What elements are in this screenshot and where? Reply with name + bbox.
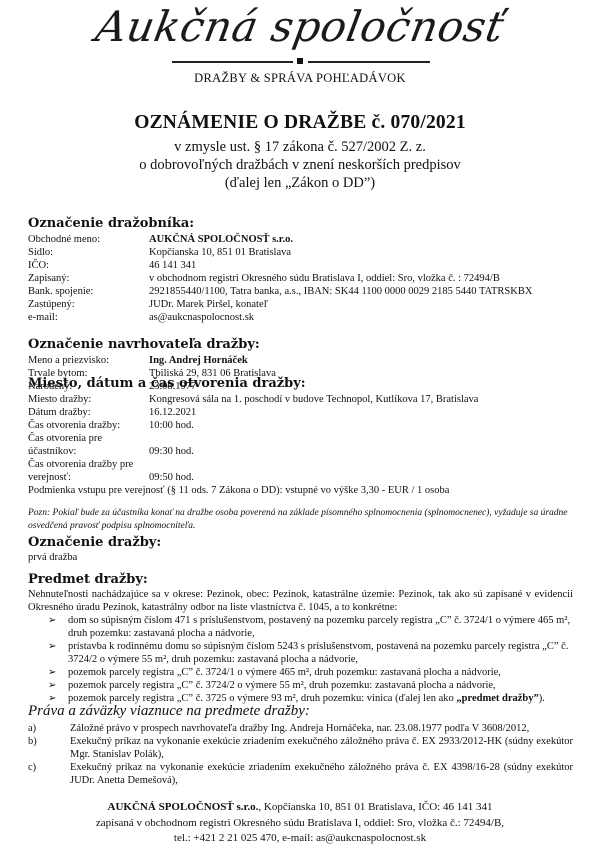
subtitle-line: v zmysle ust. § 17 zákona č. 527/2002 Z.…	[0, 138, 600, 156]
footer-line: zapísaná v obchodnom registri Okresného …	[0, 816, 600, 832]
item-marker: a)	[28, 722, 36, 735]
footer-contact: tel.: +421 2 21 025 470, e-mail: as@aukc…	[0, 831, 600, 847]
row-value: JUDr. Marek Piršel, konateľ	[149, 298, 268, 311]
info-row: IČO:46 141 341	[28, 259, 196, 272]
logo-divider-dot	[297, 58, 303, 64]
footer-line: AUKČNÁ SPOLOČNOSŤ s.r.o., Kopčianska 10,…	[0, 800, 600, 816]
row-value: Kongresová sála na 1. poschodí v budove …	[149, 393, 478, 406]
info-row: Zapisaný:v obchodnom registri Okresného …	[28, 272, 500, 285]
row-label: Čas otvorenia dražby pre	[28, 458, 149, 471]
subtitle-line: o dobrovoľných dražbách v znení neskorší…	[0, 156, 600, 174]
subject-list: ➢dom so súpisným číslom 471 s príslušens…	[28, 614, 573, 705]
row-label: Sídlo:	[28, 246, 149, 259]
row-value: 10:00 hod.	[149, 419, 194, 432]
info-row: verejnosť:09:50 hod.	[28, 471, 194, 484]
row-value: 16.12.2021	[149, 406, 196, 419]
info-row: Sídlo:Kopčianska 10, 851 01 Bratislava	[28, 246, 291, 259]
section-heading-predmet: Predmet dražby:	[28, 572, 148, 587]
item-marker: b)	[28, 735, 37, 748]
auction-type: prvá dražba	[28, 551, 77, 564]
row-label: Obchodné meno:	[28, 233, 149, 246]
info-row: Meno a priezvisko:Ing. Andrej Hornáček	[28, 354, 248, 367]
row-value: 09:50 hod.	[149, 471, 194, 484]
row-label: e-mail:	[28, 311, 149, 324]
document-title: OZNÁMENIE O DRAŽBE č. 070/2021	[0, 112, 600, 134]
row-label: Zapisaný:	[28, 272, 149, 285]
info-row: e-mail:as@aukcnaspolocnost.sk	[28, 311, 254, 324]
section-heading-oznacenie: Označenie dražby:	[28, 535, 161, 550]
info-row: Zastúpený:JUDr. Marek Piršel, konateľ	[28, 298, 268, 311]
encumbrance-item: a)Záložné právo v prospech navrhovateľa …	[28, 722, 573, 735]
row-value: 09:30 hod.	[149, 445, 194, 458]
info-row: Obchodné meno:AUKČNÁ SPOLOČNOSŤ s.r.o.	[28, 233, 293, 246]
email-link[interactable]: as@aukcnaspolocnost.sk	[149, 311, 254, 324]
row-label: Dátum dražby:	[28, 406, 149, 419]
logo-divider-left	[172, 61, 293, 63]
row-value: AUKČNÁ SPOLOČNOSŤ s.r.o.	[149, 233, 293, 246]
encumbrance-list: a)Záložné právo v prospech navrhovateľa …	[28, 722, 573, 787]
info-row: Bank. spojenie:2921855440/1100, Tatra ba…	[28, 285, 532, 298]
arrow-bullet-icon: ➢	[48, 679, 56, 692]
info-row: Miesto dražby:Kongresová sála na 1. posc…	[28, 393, 478, 406]
company-footer: AUKČNÁ SPOLOČNOSŤ s.r.o., Kopčianska 10,…	[0, 800, 600, 847]
row-value: 46 141 341	[149, 259, 196, 272]
row-value: Ing. Andrej Hornáček	[149, 354, 248, 367]
row-label: verejnosť:	[28, 471, 149, 484]
subject-item: ➢dom so súpisným číslom 471 s príslušens…	[28, 614, 573, 640]
arrow-bullet-icon: ➢	[48, 666, 56, 679]
entry-condition: Podmienka vstupu pre verejnosť (§ 11 ods…	[28, 484, 449, 497]
arrow-bullet-icon: ➢	[48, 640, 56, 653]
row-label: Miesto dražby:	[28, 393, 149, 406]
subject-item: ➢pozemok parcely registra „C” č. 3724/2 …	[28, 679, 573, 692]
subject-intro: Nehnuteľnosti nachádzajúce sa v okrese: …	[28, 588, 573, 614]
document-subtitle: v zmysle ust. § 17 zákona č. 527/2002 Z.…	[0, 138, 600, 192]
subject-item: ➢prístavba k rodinnému domu so súpisným …	[28, 640, 573, 666]
row-label: Bank. spojenie:	[28, 285, 149, 298]
subtitle-line: (ďalej len „Zákon o DD”)	[0, 174, 600, 192]
info-row: Čas otvorenia dražby:10:00 hod.	[28, 419, 194, 432]
row-value: v obchodnom registri Okresného súdu Brat…	[149, 272, 500, 285]
row-label: Čas otvorenia dražby:	[28, 419, 149, 432]
row-label: účastníkov:	[28, 445, 149, 458]
proxy-note: Pozn: Pokiaľ bude za účastníka konať na …	[28, 507, 573, 533]
section-heading-prava: Práva a záväzky viaznuce na predmete dra…	[28, 703, 310, 720]
company-logo-script: Aukčná spoločnosť	[0, 2, 600, 51]
encumbrance-item: c)Exekučný príkaz na vykonanie exekúcie …	[28, 761, 573, 787]
row-value: 2921855440/1100, Tatra banka, a.s., IBAN…	[149, 285, 532, 298]
row-label: Zastúpený:	[28, 298, 149, 311]
encumbrance-item: b)Exekučný príkaz na vykonanie exekúcie …	[28, 735, 573, 761]
row-label: IČO:	[28, 259, 149, 272]
arrow-bullet-icon: ➢	[48, 614, 56, 627]
item-marker: c)	[28, 761, 36, 774]
company-tagline: DRAŽBY & SPRÁVA POHĽADÁVOK	[0, 71, 600, 86]
section-heading-drazobnik: Označenie dražobníka:	[28, 216, 194, 231]
row-value: Kopčianska 10, 851 01 Bratislava	[149, 246, 291, 259]
row-label: Čas otvorenia pre	[28, 432, 149, 445]
info-row: Čas otvorenia pre	[28, 432, 149, 445]
info-row: Dátum dražby:16.12.2021	[28, 406, 196, 419]
info-row: účastníkov:09:30 hod.	[28, 445, 194, 458]
subject-item: ➢pozemok parcely registra „C” č. 3724/1 …	[28, 666, 573, 679]
row-label: Meno a priezvisko:	[28, 354, 149, 367]
section-heading-navrhovatel: Označenie navrhovateľa dražby:	[28, 337, 260, 352]
section-heading-miesto: Miesto, dátum a čas otvorenia dražby:	[28, 376, 306, 391]
logo-divider-right	[308, 61, 430, 63]
info-row: Čas otvorenia dražby pre	[28, 458, 149, 471]
